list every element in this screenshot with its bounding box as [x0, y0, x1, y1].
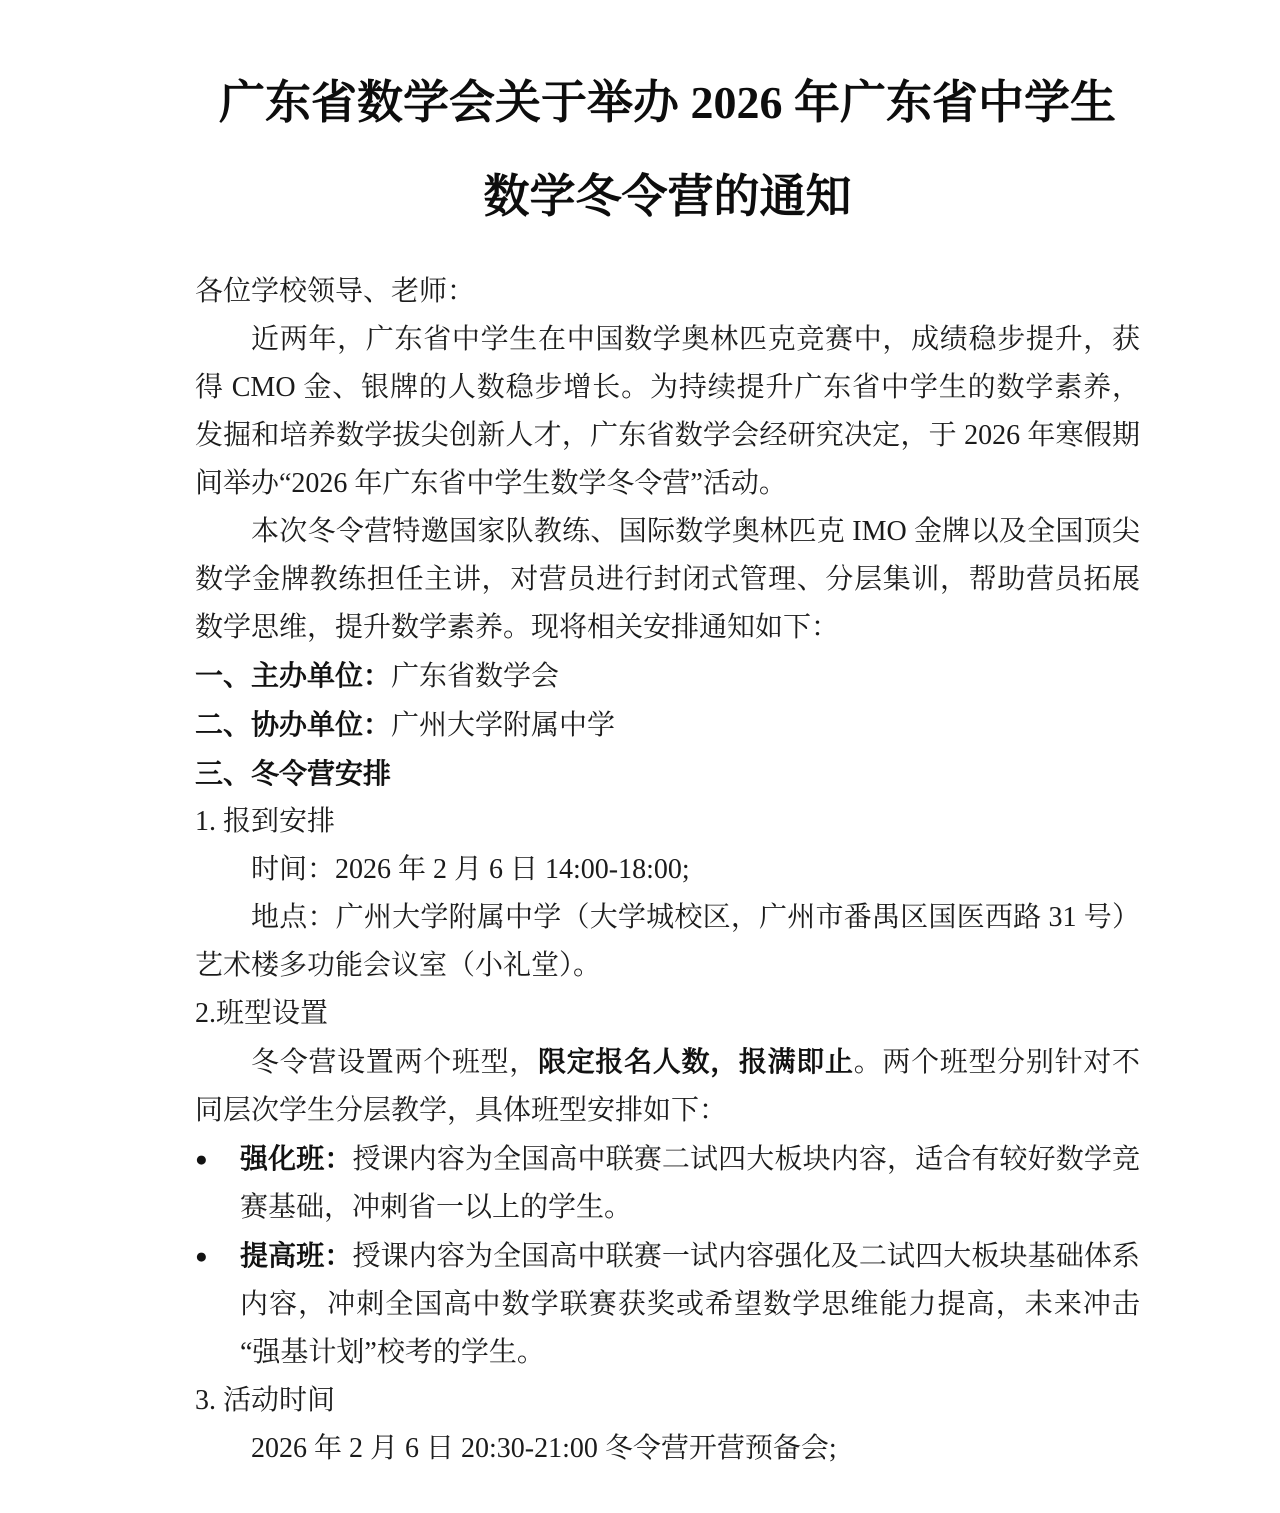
intensive-class-description: 授课内容为全国高中联赛二试四大板块内容，适合有较好数学竞赛基础，冲刺省一以上的学…: [240, 1144, 1140, 1223]
registration-place: 地点：广州大学附属中学（大学城校区，广州市番禺区国医西路 31 号）艺术楼多功能…: [195, 894, 1140, 990]
paragraph-camp-intro: 本次冬令营特邀国家队教练、国际数学奥林匹克 IMO 金牌以及全国顶尖数学金牌教练…: [195, 508, 1140, 652]
class-setup-intro: 冬令营设置两个班型，限定报名人数，报满即止。两个班型分别针对不同层次学生分层教学…: [195, 1038, 1140, 1135]
advanced-class-label: 提高班：: [240, 1240, 353, 1271]
schedule-heading: 3. 活动时间: [195, 1377, 1140, 1425]
intensive-class-label: 强化班：: [240, 1143, 353, 1174]
schedule-line-1: 2026 年 2 月 6 日 20:30-21:00 冬令营开营预备会;: [195, 1425, 1140, 1473]
notice-document: 广东省数学会关于举办 2026 年广东省中学生 数学冬令营的通知 各位学校领导、…: [0, 0, 1280, 1513]
document-content: 广东省数学会关于举办 2026 年广东省中学生 数学冬令营的通知 各位学校领导、…: [0, 0, 1280, 1473]
bullet-icon: ●: [195, 1135, 240, 1232]
bullet-intensive-class: ● 强化班：授课内容为全国高中联赛二试四大板块内容，适合有较好数学竞赛基础，冲刺…: [195, 1135, 1140, 1232]
bullet-advanced-class: ● 提高班：授课内容为全国高中联赛一试内容强化及二试四大板块基础体系内容，冲刺全…: [195, 1232, 1140, 1377]
document-body: 各位学校领导、老师： 近两年，广东省中学生在中国数学奥林匹克竞赛中，成绩稳步提升…: [195, 244, 1140, 1473]
class-setup-heading: 2.班型设置: [195, 990, 1140, 1038]
advanced-class-description: 授课内容为全国高中联赛一试内容强化及二试四大板块基础体系内容，冲刺全国高中数学联…: [240, 1241, 1140, 1368]
registration-heading: 1. 报到安排: [195, 798, 1140, 846]
bullet-icon: ●: [195, 1232, 240, 1377]
class-setup-intro-pre: 冬令营设置两个班型，: [251, 1047, 538, 1078]
salutation: 各位学校领导、老师：: [195, 268, 1140, 316]
class-setup-intro-bold: 限定报名人数，报满即止: [538, 1046, 854, 1077]
co-host-value: 广州大学附属中学: [391, 710, 615, 741]
co-host-line: 二、协办单位：广州大学附属中学: [195, 701, 1140, 750]
bullet-intensive-text: 强化班：授课内容为全国高中联赛二试四大板块内容，适合有较好数学竞赛基础，冲刺省一…: [240, 1135, 1140, 1232]
bullet-advanced-text: 提高班：授课内容为全国高中联赛一试内容强化及二试四大板块基础体系内容，冲刺全国高…: [240, 1232, 1140, 1377]
registration-time: 时间：2026 年 2 月 6 日 14:00-18:00;: [195, 846, 1140, 894]
document-title: 广东省数学会关于举办 2026 年广东省中学生 数学冬令营的通知: [195, 56, 1140, 244]
host-label: 一、主办单位：: [195, 660, 391, 691]
title-line-1: 广东省数学会关于举办 2026 年广东省中学生: [195, 56, 1140, 150]
host-line: 一、主办单位：广东省数学会: [195, 652, 1140, 701]
title-line-2: 数学冬令营的通知: [195, 150, 1140, 244]
arrangement-heading: 三、冬令营安排: [195, 750, 1140, 798]
paragraph-background: 近两年，广东省中学生在中国数学奥林匹克竞赛中，成绩稳步提升，获得 CMO 金、银…: [195, 316, 1140, 508]
co-host-label: 二、协办单位：: [195, 709, 391, 740]
host-value: 广东省数学会: [391, 661, 559, 692]
